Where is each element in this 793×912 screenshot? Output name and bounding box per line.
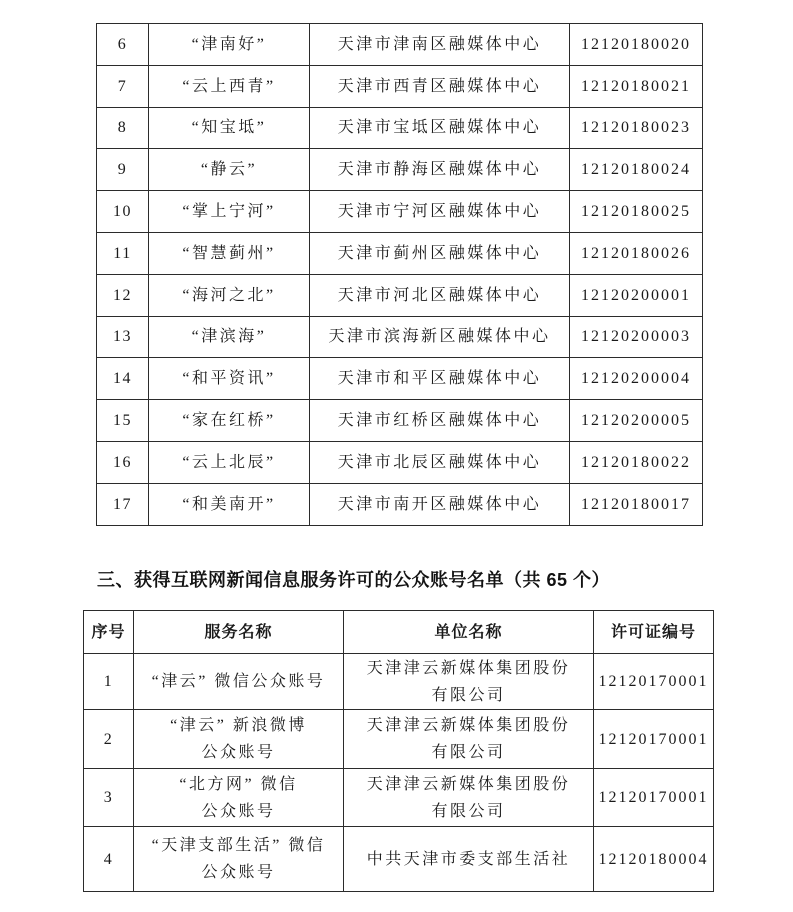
table-row: 17 “和美南开” 天津市南开区融媒体中心 12120180017 bbox=[97, 483, 703, 525]
row-number-cell: 8 bbox=[97, 107, 149, 149]
service-name-cell: “知宝坻” bbox=[149, 107, 310, 149]
unit-name-cell: 天津市南开区融媒体中心 bbox=[310, 483, 570, 525]
service-name-cell: “津滨海” bbox=[149, 316, 310, 358]
service-name-cell: “津南好” bbox=[149, 24, 310, 66]
table-row: 16 “云上北辰” 天津市北辰区融媒体中心 12120180022 bbox=[97, 441, 703, 483]
row-number-cell: 11 bbox=[97, 232, 149, 274]
unit-name-cell: 天津市蓟州区融媒体中心 bbox=[310, 232, 570, 274]
media-center-license-table: 6 “津南好” 天津市津南区融媒体中心 12120180020 7 “云上西青”… bbox=[96, 23, 703, 526]
unit-name-cell: 天津市西青区融媒体中心 bbox=[310, 65, 570, 107]
unit-name-cell: 天津市宁河区融媒体中心 bbox=[310, 191, 570, 233]
license-number-cell: 12120170001 bbox=[594, 654, 714, 710]
document-page: 6 “津南好” 天津市津南区融媒体中心 12120180020 7 “云上西青”… bbox=[0, 0, 793, 912]
service-name-cell: “掌上宁河” bbox=[149, 191, 310, 233]
license-number-cell: 12120180020 bbox=[570, 24, 703, 66]
service-name-cell: “津云” 新浪微博 公众账号 bbox=[134, 710, 344, 769]
column-header-service: 服务名称 bbox=[134, 611, 344, 654]
section-heading: 三、获得互联网新闻信息服务许可的公众账号名单（共 65 个） bbox=[97, 566, 717, 592]
row-number-cell: 15 bbox=[97, 400, 149, 442]
license-number-cell: 12120180024 bbox=[570, 149, 703, 191]
service-name-cell: “津云” 微信公众账号 bbox=[134, 654, 344, 710]
table-row: 14 “和平资讯” 天津市和平区融媒体中心 12120200004 bbox=[97, 358, 703, 400]
row-number-cell: 1 bbox=[84, 654, 134, 710]
service-name-cell: “和美南开” bbox=[149, 483, 310, 525]
column-header-unit: 单位名称 bbox=[344, 611, 594, 654]
license-number-cell: 12120170001 bbox=[594, 769, 714, 827]
service-name-cell: “静云” bbox=[149, 149, 310, 191]
row-number-cell: 7 bbox=[97, 65, 149, 107]
public-account-license-table: 序号 服务名称 单位名称 许可证编号 1 “津云” 微信公众账号 天津津云新媒体… bbox=[83, 610, 714, 892]
table-row: 3 “北方网” 微信 公众账号 天津津云新媒体集团股份 有限公司 1212017… bbox=[84, 769, 714, 827]
license-number-cell: 12120170001 bbox=[594, 710, 714, 769]
unit-name-cell: 天津市北辰区融媒体中心 bbox=[310, 441, 570, 483]
unit-name-cell: 天津市静海区融媒体中心 bbox=[310, 149, 570, 191]
row-number-cell: 9 bbox=[97, 149, 149, 191]
table-header-row: 序号 服务名称 单位名称 许可证编号 bbox=[84, 611, 714, 654]
license-number-cell: 12120180026 bbox=[570, 232, 703, 274]
row-number-cell: 2 bbox=[84, 710, 134, 769]
column-header-no: 序号 bbox=[84, 611, 134, 654]
service-name-cell: “云上西青” bbox=[149, 65, 310, 107]
unit-name-cell: 中共天津市委支部生活社 bbox=[344, 827, 594, 892]
service-name-cell: “海河之北” bbox=[149, 274, 310, 316]
row-number-cell: 12 bbox=[97, 274, 149, 316]
service-name-cell: “天津支部生活” 微信 公众账号 bbox=[134, 827, 344, 892]
service-name-cell: “北方网” 微信 公众账号 bbox=[134, 769, 344, 827]
table-row: 9 “静云” 天津市静海区融媒体中心 12120180024 bbox=[97, 149, 703, 191]
table-row: 4 “天津支部生活” 微信 公众账号 中共天津市委支部生活社 121201800… bbox=[84, 827, 714, 892]
unit-name-cell: 天津市和平区融媒体中心 bbox=[310, 358, 570, 400]
license-number-cell: 12120180023 bbox=[570, 107, 703, 149]
table-row: 8 “知宝坻” 天津市宝坻区融媒体中心 12120180023 bbox=[97, 107, 703, 149]
unit-name-cell: 天津市红桥区融媒体中心 bbox=[310, 400, 570, 442]
license-number-cell: 12120200004 bbox=[570, 358, 703, 400]
unit-name-cell: 天津市滨海新区融媒体中心 bbox=[310, 316, 570, 358]
row-number-cell: 17 bbox=[97, 483, 149, 525]
table-row: 13 “津滨海” 天津市滨海新区融媒体中心 12120200003 bbox=[97, 316, 703, 358]
row-number-cell: 4 bbox=[84, 827, 134, 892]
license-number-cell: 12120180004 bbox=[594, 827, 714, 892]
service-name-cell: “云上北辰” bbox=[149, 441, 310, 483]
table-row: 10 “掌上宁河” 天津市宁河区融媒体中心 12120180025 bbox=[97, 191, 703, 233]
row-number-cell: 10 bbox=[97, 191, 149, 233]
unit-name-cell: 天津市津南区融媒体中心 bbox=[310, 24, 570, 66]
license-number-cell: 12120180021 bbox=[570, 65, 703, 107]
service-name-cell: “家在红桥” bbox=[149, 400, 310, 442]
license-number-cell: 12120200005 bbox=[570, 400, 703, 442]
row-number-cell: 14 bbox=[97, 358, 149, 400]
row-number-cell: 6 bbox=[97, 24, 149, 66]
license-number-cell: 12120200003 bbox=[570, 316, 703, 358]
unit-name-cell: 天津津云新媒体集团股份 有限公司 bbox=[344, 710, 594, 769]
column-header-license: 许可证编号 bbox=[594, 611, 714, 654]
table-row: 6 “津南好” 天津市津南区融媒体中心 12120180020 bbox=[97, 24, 703, 66]
table-row: 7 “云上西青” 天津市西青区融媒体中心 12120180021 bbox=[97, 65, 703, 107]
license-number-cell: 12120180025 bbox=[570, 191, 703, 233]
row-number-cell: 16 bbox=[97, 441, 149, 483]
unit-name-cell: 天津市河北区融媒体中心 bbox=[310, 274, 570, 316]
license-number-cell: 12120200001 bbox=[570, 274, 703, 316]
row-number-cell: 3 bbox=[84, 769, 134, 827]
row-number-cell: 13 bbox=[97, 316, 149, 358]
unit-name-cell: 天津津云新媒体集团股份 有限公司 bbox=[344, 769, 594, 827]
license-number-cell: 12120180022 bbox=[570, 441, 703, 483]
table-row: 15 “家在红桥” 天津市红桥区融媒体中心 12120200005 bbox=[97, 400, 703, 442]
table-row: 11 “智慧蓟州” 天津市蓟州区融媒体中心 12120180026 bbox=[97, 232, 703, 274]
unit-name-cell: 天津津云新媒体集团股份 有限公司 bbox=[344, 654, 594, 710]
table-row: 2 “津云” 新浪微博 公众账号 天津津云新媒体集团股份 有限公司 121201… bbox=[84, 710, 714, 769]
license-number-cell: 12120180017 bbox=[570, 483, 703, 525]
table-row: 12 “海河之北” 天津市河北区融媒体中心 12120200001 bbox=[97, 274, 703, 316]
service-name-cell: “和平资讯” bbox=[149, 358, 310, 400]
unit-name-cell: 天津市宝坻区融媒体中心 bbox=[310, 107, 570, 149]
service-name-cell: “智慧蓟州” bbox=[149, 232, 310, 274]
table-row: 1 “津云” 微信公众账号 天津津云新媒体集团股份 有限公司 121201700… bbox=[84, 654, 714, 710]
